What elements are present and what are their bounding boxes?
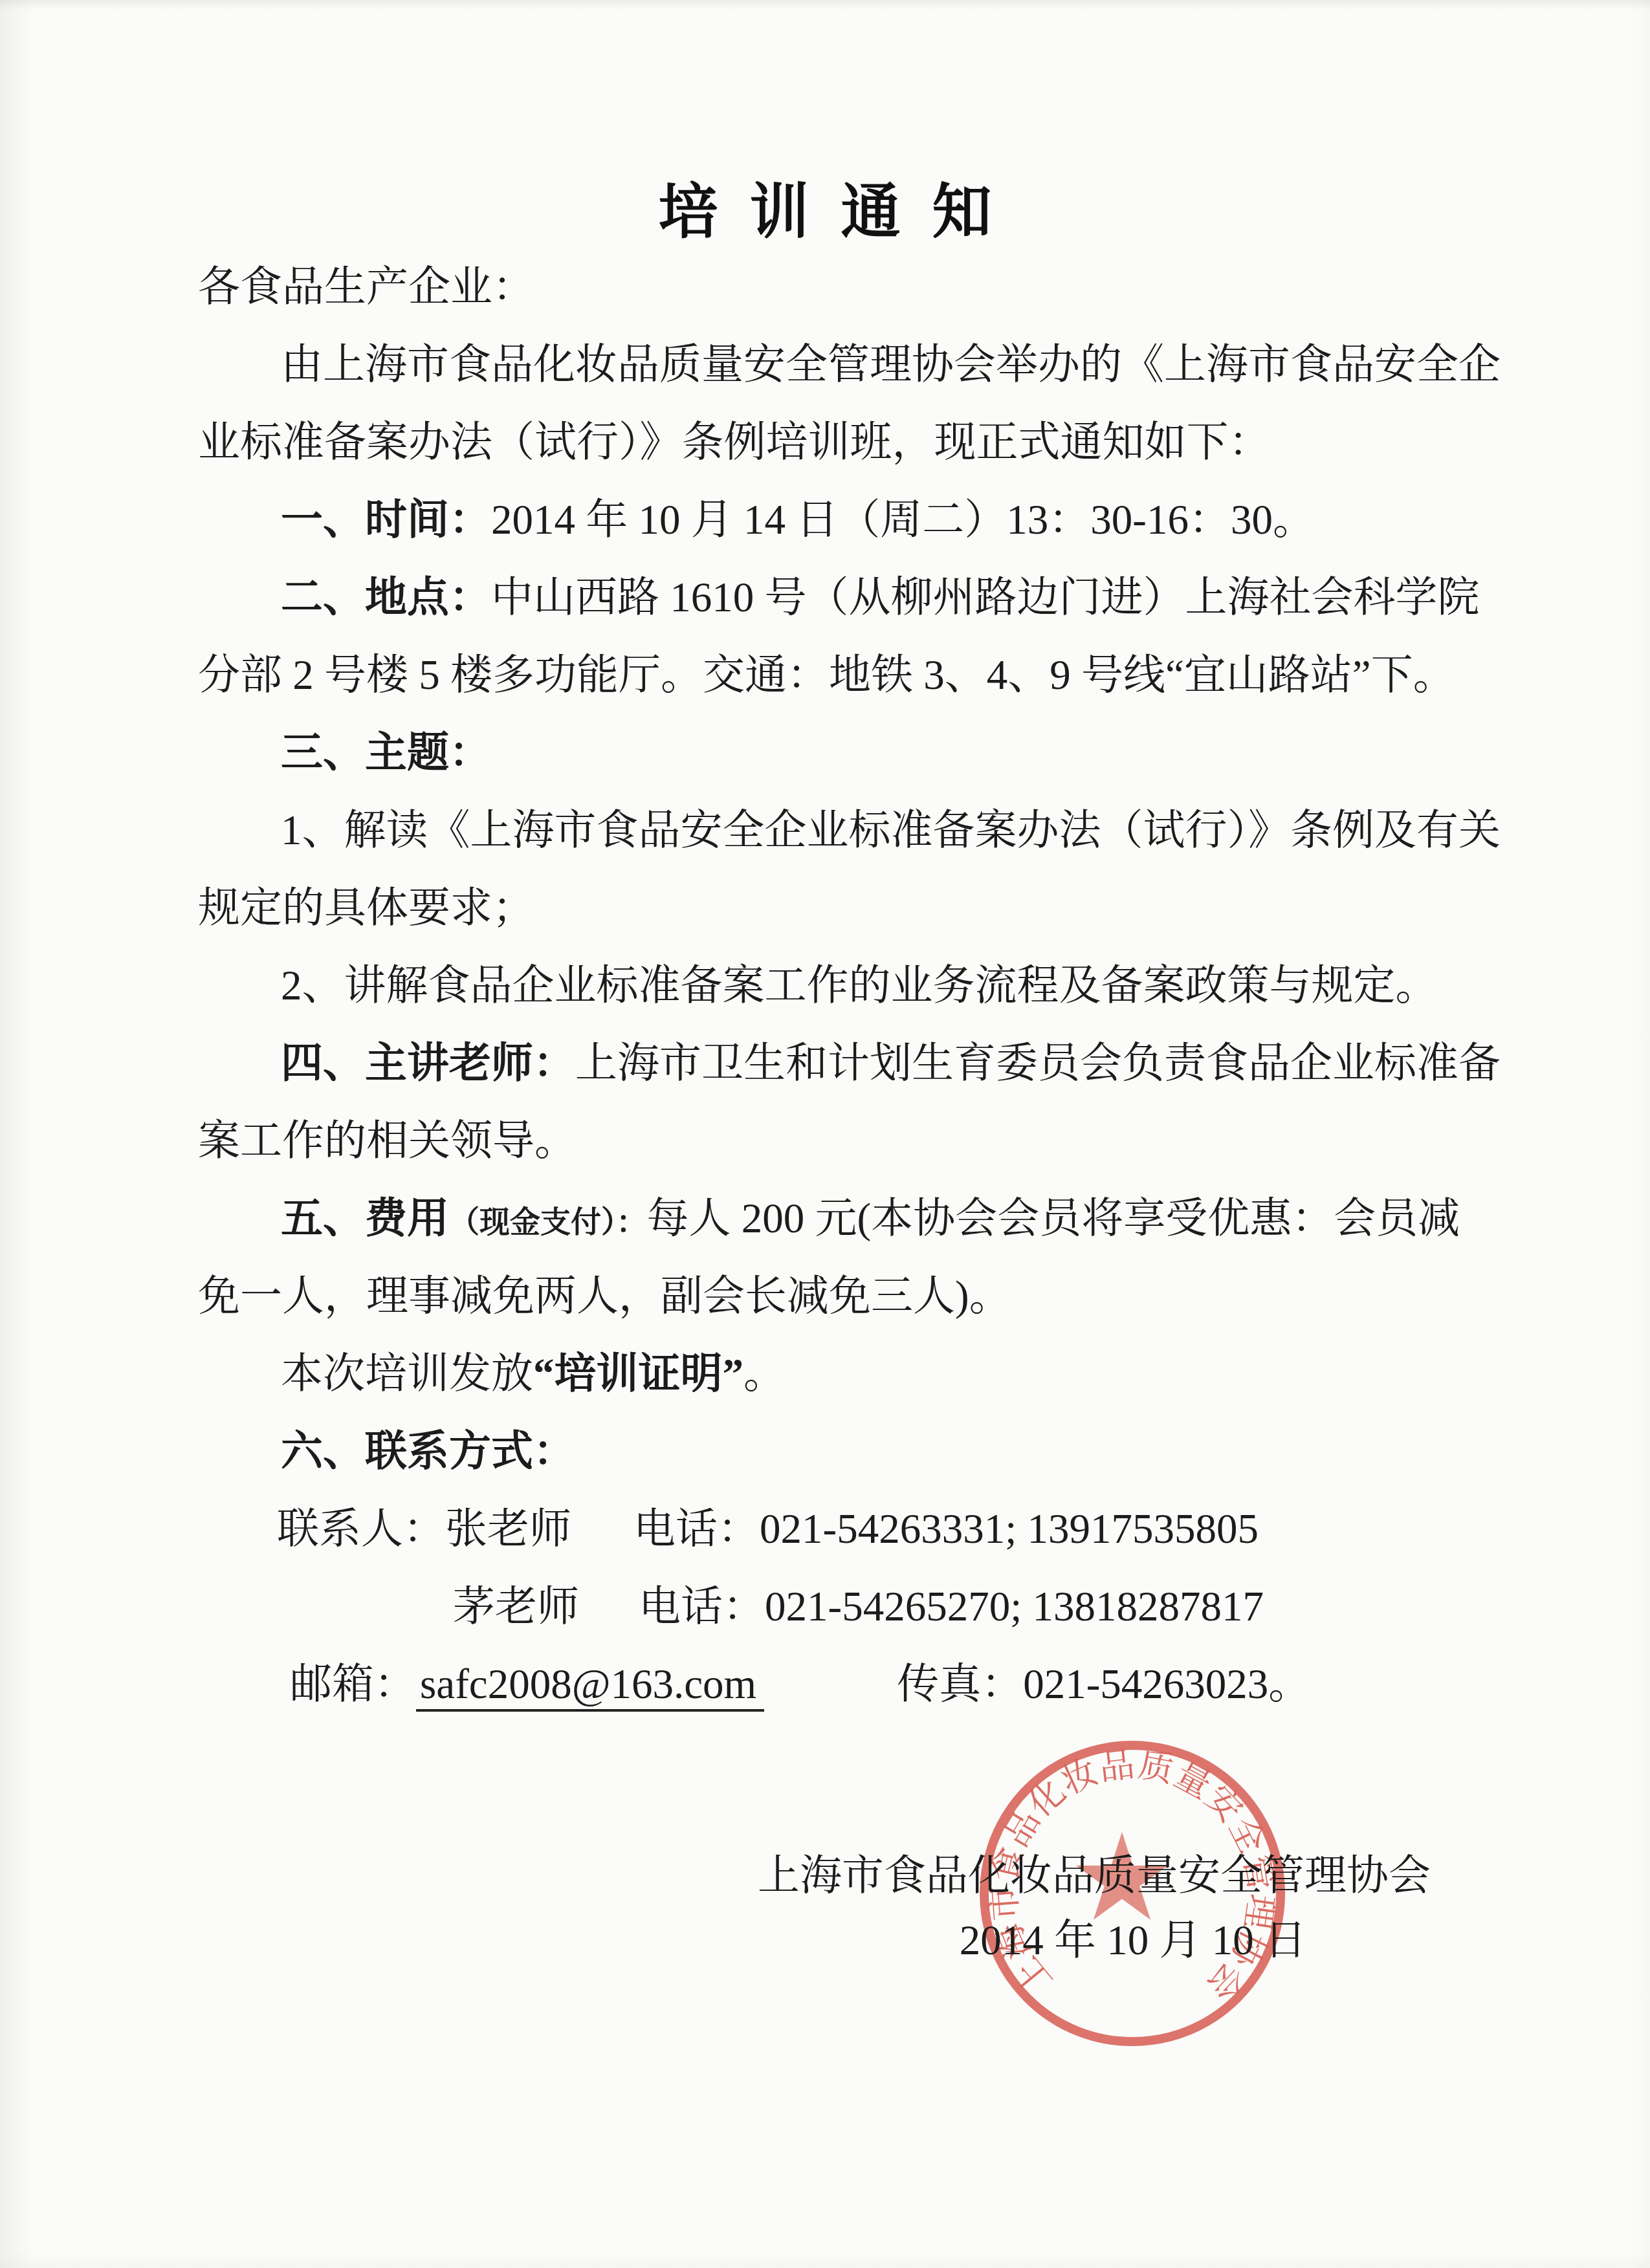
line-topic-2: 2、讲解食品企业标准备案工作的业务流程及备案政策与规定。 [198,947,1495,1025]
text-segment: 本次培训发放 [281,1351,533,1397]
line-location-2: 分部 2 号楼 5 楼多功能厅。交通：地铁 3、4、9 号线“宜山路站”下。 [198,637,1495,714]
line-intro-1: 由上海市食品化妆品质量安全管理协会举办的《上海市食品安全企 [198,326,1495,404]
page-title: 培 训 通 知 [0,182,1650,242]
line-teacher-1: 四、主讲老师：上海市卫生和计划生育委员会负责食品企业标准备 [198,1025,1495,1102]
line-contact-email-fax: 邮箱：safc2008@163.com传真：021-54263023。 [198,1646,1495,1723]
line-topic-1a: 1、解读《上海市食品安全企业标准备案办法（试行）》条例及有关 [198,792,1495,869]
contact-person: 茅老师 [453,1584,579,1630]
fax-number: 传真：021-54263023。 [897,1661,1310,1708]
section-label-contact: 六、联系方式： [281,1428,575,1475]
section-label-time: 一、时间： [281,497,491,543]
line-time: 一、时间：2014 年 10 月 14 日（周二）13：30-16：30。 [198,481,1495,559]
line-contact-zhang: 联系人：张老师电话：021-54263331; 13917535805 [198,1490,1495,1568]
text-segment: 各食品生产企业： [198,264,534,311]
contact-phone: 电话：021-54265270; 13818287817 [639,1584,1264,1630]
line-recipient: 各食品生产企业： [198,248,1495,326]
section-label-location: 二、地点： [281,574,491,621]
text-segment: 1、解读《上海市食品安全企业标准备案办法（试行）》条例及有关 [281,807,1501,854]
text-segment: 每人 200 元(本协会会员将享受优惠：会员减 [647,1195,1460,1242]
contact-phone: 电话：021-54263331; 13917535805 [633,1506,1259,1553]
section-label-teacher: 四、主讲老师： [281,1040,575,1087]
email-label: 邮箱： [290,1661,416,1708]
line-location-1: 二、地点：中山西路 1610 号（从柳州路边门进）上海社会科学院 [198,559,1495,637]
line-contact-mao: 茅老师电话：021-54265270; 13818287817 [198,1568,1495,1646]
fee-payment-note: （现金支付）： [449,1206,647,1239]
document-body: 各食品生产企业： 由上海市食品化妆品质量安全管理协会举办的《上海市食品安全企 业… [198,248,1495,1723]
line-fee-1: 五、费用（现金支付）：每人 200 元(本协会会员将享受优惠：会员减 [198,1180,1495,1258]
line-topic-heading: 三、主题： [198,714,1495,792]
contact-person: 联系人：张老师 [277,1506,571,1553]
line-certificate: 本次培训发放“培训证明”。 [198,1335,1495,1413]
text-segment: 免一人，理事减免两人，副会长减免三人)。 [198,1273,1011,1320]
signature-date: 2014 年 10 月 10 日 [960,1902,1306,1979]
section-label-topic: 三、主题： [281,730,491,776]
text-segment: 案工作的相关领导。 [198,1118,577,1164]
line-fee-2: 免一人，理事减免两人，副会长减免三人)。 [198,1258,1495,1335]
text-segment: 规定的具体要求； [198,885,534,932]
line-topic-1b: 规定的具体要求； [198,869,1495,947]
text-segment: 业标准备案办法（试行）》条例培训班，现正式通知如下： [198,419,1271,466]
email-link[interactable]: safc2008@163.com [416,1661,764,1712]
line-teacher-2: 案工作的相关领导。 [198,1102,1495,1180]
section-label-fee: 五、费用 [281,1195,449,1242]
notice-document: 培 训 通 知 各食品生产企业： 由上海市食品化妆品质量安全管理协会举办的《上海… [0,0,1650,2268]
text-segment: 。 [743,1351,786,1397]
text-segment: 2014 年 10 月 14 日（周二）13：30-16：30。 [491,497,1315,543]
line-contact-heading: 六、联系方式： [198,1413,1495,1490]
text-segment: 分部 2 号楼 5 楼多功能厅。交通：地铁 3、4、9 号线“宜山路站”下。 [198,652,1455,699]
text-segment: 中山西路 1610 号（从柳州路边门进）上海社会科学院 [491,574,1480,621]
line-intro-2: 业标准备案办法（试行）》条例培训班，现正式通知如下： [198,404,1495,481]
certificate-name: “培训证明” [533,1351,743,1397]
text-segment: 上海市卫生和计划生育委员会负责食品企业标准备 [575,1040,1501,1087]
text-segment: 2、讲解食品企业标准备案工作的业务流程及备案政策与规定。 [281,963,1438,1009]
text-segment: 由上海市食品化妆品质量安全管理协会举办的《上海市食品安全企 [281,342,1501,388]
